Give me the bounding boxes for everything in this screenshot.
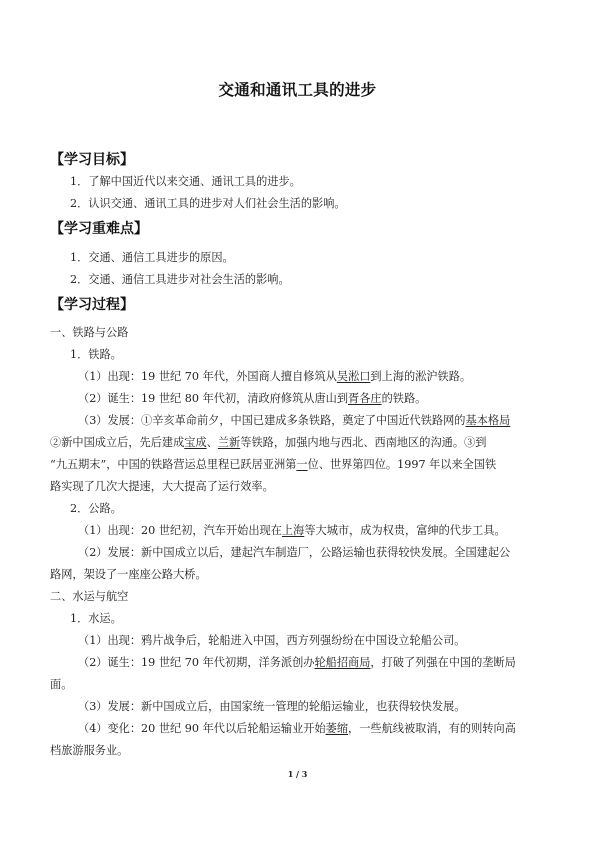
part1-heading: 一、铁路与公路 — [50, 326, 546, 340]
text: （4）变化：20 世纪 90 年代以后轮船运输业开始 — [78, 722, 326, 735]
text: （1）出现：19 世纪 70 年代，外国商人擅自修筑从 — [78, 370, 337, 383]
text: 等大城市，成为权贵，富绅的代步工具。 — [304, 524, 505, 537]
text: 、 — [207, 436, 218, 449]
document-page: 交通和通讯工具的进步 【学习目标】 1．了解中国近代以来交通、通讯工具的进步。 … — [0, 0, 595, 841]
water-p4-line1: （4）变化：20 世纪 90 年代以后轮船运输业开始萎缩，一些航线被取消，有的则… — [78, 722, 574, 736]
text: 等铁路，加强内地与西北、西南地区的沟通。③到 — [240, 436, 486, 449]
page-indicator: 1 / 3 — [0, 769, 595, 779]
section-heading-goals: 【学习目标】 — [50, 149, 134, 169]
water-p2-line2: 面。 — [50, 678, 546, 692]
railway-p2: （2）诞生：19 世纪 80 年代初，清政府修筑从唐山到胥各庄的铁路。 — [78, 392, 574, 406]
key-point-item-1: 1．交通、通信工具进步的原因。 — [70, 251, 566, 265]
goal-item-1: 1．了解中国近代以来交通、通讯工具的进步。 — [70, 175, 566, 189]
water-p4-line2: 档旅游服务业。 — [50, 744, 546, 758]
water-heading: 1．水运。 — [70, 612, 566, 626]
underlined-answer: 一 — [296, 458, 307, 471]
underlined-answer: 兰新 — [218, 436, 240, 449]
text: 的铁路。 — [382, 392, 427, 405]
text: ②新中国成立后，先后建成 — [50, 436, 184, 449]
highway-p2-line1: （2）发展：新中国成立以后，建起汽车制造厂，公路运输也获得较快发展。全国建起公 — [78, 546, 574, 560]
text: （2）诞生：19 世纪 70 年代初期，洋务派创办 — [78, 656, 314, 669]
water-p2-line1: （2）诞生：19 世纪 70 年代初期，洋务派创办轮船招商局，打破了列强在中国的… — [78, 656, 574, 670]
highway-p1: （1）出现：20 世纪初，汽车开始出现在上海等大城市，成为权贵，富绅的代步工具。 — [78, 524, 574, 538]
underlined-answer: 基本格局 — [466, 414, 511, 427]
highway-heading: 2．公路。 — [70, 502, 566, 516]
key-point-item-2: 2．交通、通信工具进步对社会生活的影响。 — [70, 273, 566, 287]
section-heading-key-points: 【学习重难点】 — [50, 218, 148, 238]
underlined-answer: 宝成 — [184, 436, 206, 449]
goal-item-2: 2．认识交通、通讯工具的进步对人们社会生活的影响。 — [70, 197, 566, 211]
text: 到上海的淞沪铁路。 — [370, 370, 471, 383]
text: （2）诞生：19 世纪 80 年代初，清政府修筑从唐山到 — [78, 392, 348, 405]
railway-p1: （1）出现：19 世纪 70 年代，外国商人擅自修筑从吴淞口到上海的淞沪铁路。 — [78, 370, 574, 384]
railway-p3-line4: 路实现了几次大提速，大大提高了运行效率。 — [50, 480, 546, 494]
water-p3: （3）发展：新中国成立后，由国家统一管理的轮船运输业，也获得较快发展。 — [78, 700, 574, 714]
underlined-answer: 上海 — [282, 524, 304, 537]
section-heading-process: 【学习过程】 — [50, 294, 134, 314]
underlined-answer: 萎缩 — [326, 722, 348, 735]
underlined-answer: 吴淞口 — [337, 370, 371, 383]
underlined-answer: 胥各庄 — [348, 392, 382, 405]
text: ，一些航线被取消，有的则转向高 — [348, 722, 516, 735]
text: ，打破了列强在中国的垄断局 — [370, 656, 515, 669]
underlined-answer: 轮船招商局 — [314, 656, 370, 669]
text: “九五期末”，中国的铁路营运总里程已跃居亚洲第 — [50, 458, 296, 471]
part2-heading: 二、水运与航空 — [50, 590, 546, 604]
highway-p2-line2: 路网，架设了一座座公路大桥。 — [50, 568, 546, 582]
railway-p3-line1: （3）发展：①辛亥革命前夕，中国已建成多条铁路，奠定了中国近代铁路网的基本格局 — [78, 414, 574, 428]
railway-p3-line3: “九五期末”，中国的铁路营运总里程已跃居亚洲第一位、世界第四位。1997 年以来… — [50, 458, 546, 472]
railway-p3-line2: ②新中国成立后，先后建成宝成、兰新等铁路，加强内地与西北、西南地区的沟通。③到 — [50, 436, 546, 450]
water-p1: （1）出现：鸦片战争后，轮船进入中国，西方列强纷纷在中国设立轮船公司。 — [78, 634, 574, 648]
text: 位、世界第四位。1997 年以来全国铁 — [308, 458, 497, 471]
text: （3）发展：①辛亥革命前夕，中国已建成多条铁路，奠定了中国近代铁路网的 — [78, 414, 466, 427]
text: （1）出现：20 世纪初，汽车开始出现在 — [78, 524, 282, 537]
document-title: 交通和通讯工具的进步 — [0, 78, 595, 100]
railway-heading: 1．铁路。 — [70, 348, 566, 362]
